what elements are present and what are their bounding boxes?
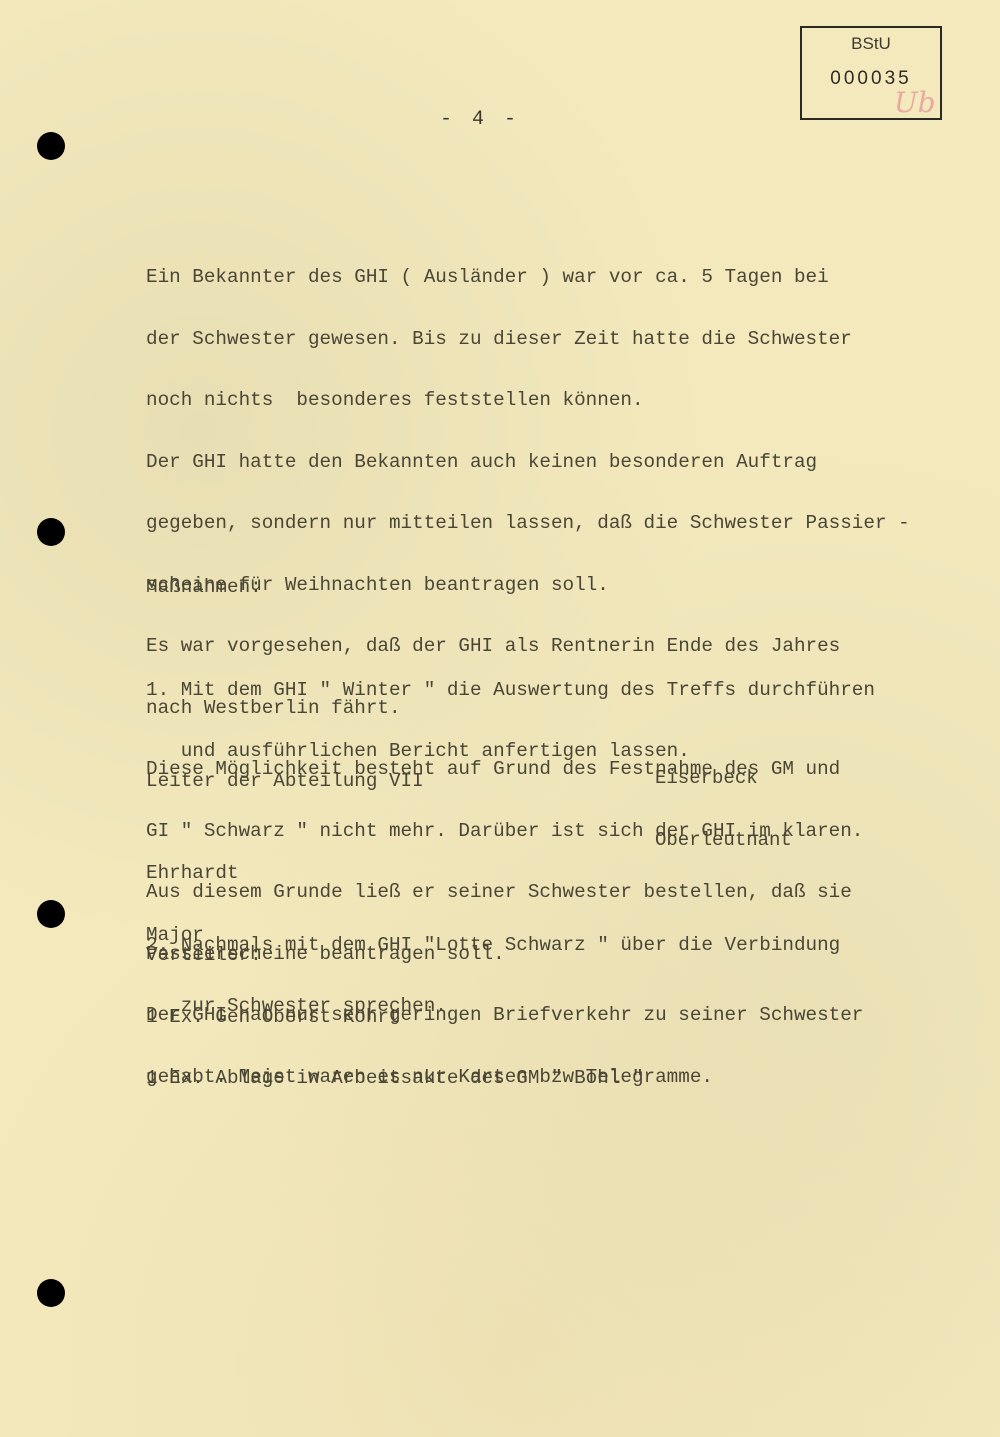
stamp-organization: BStU	[802, 34, 940, 54]
signature-author: Eiserbeck Oberleutnant	[655, 727, 792, 871]
author-rank: Oberleutnant	[655, 830, 792, 851]
body-line: Ein Bekannter des GHI ( Ausländer ) war …	[146, 267, 910, 288]
distribution-item: 1 Ex. Ablage in Arbeitsakte des GM " Boh…	[146, 1068, 644, 1089]
distribution-heading: Verteiler:	[146, 945, 644, 966]
measures-heading: Maßnahmen:	[146, 577, 875, 598]
author-name: Eiserbeck	[655, 768, 792, 789]
head-name: Ehrhardt	[146, 863, 239, 884]
body-line: der Schwester gewesen. Bis zu dieser Zei…	[146, 329, 910, 350]
archive-stamp: BStU 000035 Ub	[800, 26, 942, 120]
stamp-handwritten-annotation: Ub	[894, 86, 936, 119]
page-number: - 4 -	[440, 108, 520, 131]
body-line: noch nichts besonderes feststellen könne…	[146, 390, 910, 411]
body-line: Der GHI hatte den Bekannten auch keinen …	[146, 452, 910, 473]
punch-hole	[37, 518, 65, 546]
punch-hole	[37, 900, 65, 928]
body-line: gegeben, sondern nur mitteilen lassen, d…	[146, 513, 910, 534]
punch-hole	[37, 132, 65, 160]
punch-hole	[37, 1279, 65, 1307]
distribution-item: 1 Ex. Gen Oberst Kohrt	[146, 1007, 644, 1028]
department-head-title: Leiter der Abteilung VII	[146, 771, 424, 792]
distribution-list: Verteiler: 1 Ex. Gen Oberst Kohrt 1 Ex. …	[146, 904, 644, 1109]
